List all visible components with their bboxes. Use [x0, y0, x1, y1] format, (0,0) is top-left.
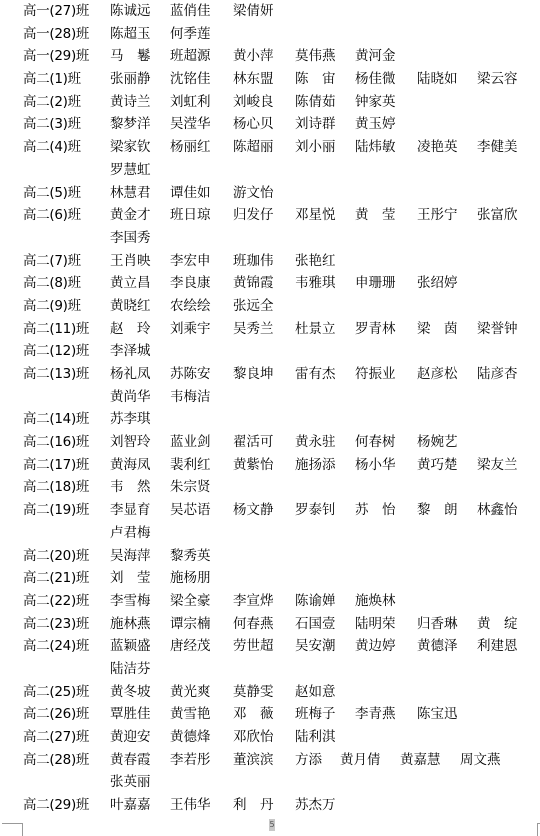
- student-name: 杨佳微: [355, 68, 396, 91]
- student-name: 张艳红: [295, 250, 336, 273]
- student-name: 刘乘宇: [170, 318, 211, 341]
- roster-row: 高二(28)班黄春霞李若彤董滨滨方添黄月倩黄嘉慧周文燕: [0, 749, 540, 772]
- roster-row: 高二(5)班林慧君谭佳如游文怡: [0, 182, 540, 205]
- student-name: 农绘绘: [170, 295, 211, 318]
- student-name: 陆利淇: [295, 726, 336, 749]
- student-name: 游文怡: [233, 182, 274, 205]
- student-name: 卢君梅: [110, 522, 151, 545]
- roster-row: 高二(11)班赵 玲刘乘宇吴秀兰杜景立罗青林梁 茵梁誉钟: [0, 318, 540, 341]
- student-name: 谭宗楠: [170, 613, 211, 636]
- student-name: 黄河金: [355, 45, 396, 68]
- student-name: 谭佳如: [170, 182, 211, 205]
- class-label: 高二(19)班: [23, 499, 89, 522]
- student-name: 梁全豪: [170, 590, 211, 613]
- roster-row: 高二(25)班黄冬坡黄光爽莫静雯赵如意: [0, 681, 540, 704]
- student-name: 蓝俏佳: [170, 0, 211, 23]
- student-name: 刘 莹: [110, 567, 151, 590]
- student-name: 黄紫怡: [233, 454, 274, 477]
- student-name: 张丽静: [110, 68, 151, 91]
- student-name: 黄嘉慧: [400, 749, 441, 772]
- student-name: 陈诚远: [110, 0, 151, 23]
- student-name: 蓝业剑: [170, 431, 211, 454]
- student-name: 杨礼凤: [110, 363, 151, 386]
- class-label: 高二(25)班: [23, 681, 89, 704]
- student-name: 黄光爽: [170, 681, 211, 704]
- student-name: 陆晓如: [417, 68, 458, 91]
- student-name: 符振业: [355, 363, 396, 386]
- roster-row: 高一(28)班陈超玉何季莲: [0, 23, 540, 46]
- student-name: 黄月倩: [340, 749, 381, 772]
- student-name: 钟家英: [355, 91, 396, 114]
- student-name: 张富欣: [477, 204, 518, 227]
- student-name: 覃胜佳: [110, 703, 151, 726]
- student-name: 黄春霞: [110, 749, 151, 772]
- student-name: 梁 茵: [417, 318, 458, 341]
- student-name: 方添: [295, 749, 322, 772]
- student-name: 韦雅琪: [295, 272, 336, 295]
- student-name: 黎秀英: [170, 545, 211, 568]
- student-name: 林鑫怡: [477, 499, 518, 522]
- student-name: 黄永驻: [295, 431, 336, 454]
- class-roster-list: 高一(27)班陈诚远蓝俏佳梁倩妍高一(28)班陈超玉何季莲高一(29)班马 鬈班…: [0, 0, 540, 817]
- student-name: 杨文静: [233, 499, 274, 522]
- student-name: 吴海萍: [110, 545, 151, 568]
- student-name: 林慧君: [110, 182, 151, 205]
- roster-row: 高二(7)班王肖映李宏申班珈伟张艳红: [0, 250, 540, 273]
- student-name: 梁誉钟: [477, 318, 518, 341]
- roster-row: 高二(1)班张丽静沈铭佳林东盟陈 宙杨佳微陆晓如梁云容: [0, 68, 540, 91]
- class-label: 高二(13)班: [23, 363, 89, 386]
- student-name: 陈谕婵: [295, 590, 336, 613]
- roster-row: 高二(27)班黄迎安黄德烽邓欣怡陆利淇: [0, 726, 540, 749]
- student-name: 李显育: [110, 499, 151, 522]
- roster-row: 高二(9)班黄晓红农绘绘张远全: [0, 295, 540, 318]
- class-label: 高二(11)班: [23, 318, 89, 341]
- student-name: 赵 玲: [110, 318, 151, 341]
- student-name: 韦 然: [110, 476, 151, 499]
- student-name: 李若彤: [170, 749, 211, 772]
- student-name: 林东盟: [233, 68, 274, 91]
- student-name: 施扬添: [295, 454, 336, 477]
- student-name: 张远全: [233, 295, 274, 318]
- roster-row: 高二(6)班黄金才班日琼归发仔邓星悦黄 莹王彤宁张富欣: [0, 204, 540, 227]
- student-name: 黄诗兰: [110, 91, 151, 114]
- student-name: 梁云容: [477, 68, 518, 91]
- student-name: 班日琼: [170, 204, 211, 227]
- class-label: 高一(27)班: [23, 0, 89, 23]
- student-name: 罗青林: [355, 318, 396, 341]
- roster-row: 卢君梅: [0, 522, 540, 545]
- student-name: 黄海凤: [110, 454, 151, 477]
- student-name: 黄金才: [110, 204, 151, 227]
- roster-row: 黄尚华韦梅洁: [0, 386, 540, 409]
- class-label: 高二(1)班: [23, 68, 81, 91]
- student-name: 李良康: [170, 272, 211, 295]
- student-name: 黎梦洋: [110, 113, 151, 136]
- roster-row: 高二(19)班李显育吴芯语杨文静罗泰钊苏 怡黎 朗林鑫怡: [0, 499, 540, 522]
- class-label: 高二(5)班: [23, 182, 81, 205]
- student-name: 黄立昌: [110, 272, 151, 295]
- page-number: 5: [269, 819, 275, 831]
- class-label: 高一(29)班: [23, 45, 89, 68]
- student-name: 何春燕: [233, 613, 274, 636]
- class-label: 高二(21)班: [23, 567, 89, 590]
- class-label: 高二(29)班: [23, 794, 89, 817]
- student-name: 韦梅洁: [170, 386, 211, 409]
- student-name: 班梅子: [295, 703, 336, 726]
- student-name: 李泽城: [110, 340, 151, 363]
- student-name: 马 鬈: [110, 45, 151, 68]
- student-name: 陈超丽: [233, 136, 274, 159]
- roster-row: 高二(13)班杨礼凤苏陈安黎良坤雷有杰符振业赵彦松陆彦杏: [0, 363, 540, 386]
- student-name: 施林燕: [110, 613, 151, 636]
- student-name: 梁家钦: [110, 136, 151, 159]
- student-name: 邓 薇: [233, 703, 274, 726]
- roster-row: 高二(21)班刘 莹施杨朋: [0, 567, 540, 590]
- student-name: 杜景立: [295, 318, 336, 341]
- student-name: 陈超玉: [110, 23, 151, 46]
- student-name: 申珊珊: [355, 272, 396, 295]
- student-name: 刘诗群: [295, 113, 336, 136]
- student-name: 刘虹利: [170, 91, 211, 114]
- student-name: 梁友兰: [477, 454, 518, 477]
- student-name: 蓝颖盛: [110, 635, 151, 658]
- student-name: 陆彦杏: [477, 363, 518, 386]
- student-name: 苏李琪: [110, 408, 151, 431]
- roster-row: 高二(12)班李泽城: [0, 340, 540, 363]
- student-name: 张绍婷: [417, 272, 458, 295]
- class-label: 高二(8)班: [23, 272, 81, 295]
- student-name: 梁倩妍: [233, 0, 274, 23]
- student-name: 杨婉艺: [417, 431, 458, 454]
- student-name: 董滨滨: [233, 749, 274, 772]
- student-name: 班珈伟: [233, 250, 274, 273]
- roster-row: 高二(18)班韦 然朱宗贤: [0, 476, 540, 499]
- roster-row: 罗慧虹: [0, 159, 540, 182]
- class-label: 高二(20)班: [23, 545, 89, 568]
- roster-row: 高二(24)班蓝颖盛唐经茂劳世超吴安潮黄边婷黄德泽利建恩: [0, 635, 540, 658]
- student-name: 黎良坤: [233, 363, 274, 386]
- student-name: 李国秀: [110, 227, 151, 250]
- student-name: 赵彦松: [417, 363, 458, 386]
- student-name: 吴滢华: [170, 113, 211, 136]
- student-name: 陆明荣: [355, 613, 396, 636]
- student-name: 何季莲: [170, 23, 211, 46]
- student-name: 莫伟燕: [295, 45, 336, 68]
- student-name: 张英丽: [110, 771, 151, 794]
- roster-row: 高二(2)班黄诗兰刘虹利刘峻良陈倩茹钟家英: [0, 91, 540, 114]
- student-name: 黄小萍: [233, 45, 274, 68]
- class-label: 高二(28)班: [23, 749, 89, 772]
- roster-row: 高二(14)班苏李琪: [0, 408, 540, 431]
- class-label: 高二(16)班: [23, 431, 89, 454]
- student-name: 裴利红: [170, 454, 211, 477]
- student-name: 王彤宁: [417, 204, 458, 227]
- class-label: 高二(7)班: [23, 250, 81, 273]
- student-name: 杨丽红: [170, 136, 211, 159]
- student-name: 刘峻良: [233, 91, 274, 114]
- student-name: 黄晓红: [110, 295, 151, 318]
- student-name: 刘智玲: [110, 431, 151, 454]
- roster-row: 高二(29)班叶嘉嘉王伟华利 丹苏杰万: [0, 794, 540, 817]
- student-name: 黄雪艳: [170, 703, 211, 726]
- student-name: 罗慧虹: [110, 159, 151, 182]
- student-name: 李雪梅: [110, 590, 151, 613]
- student-name: 沈铭佳: [170, 68, 211, 91]
- student-name: 吴秀兰: [233, 318, 274, 341]
- student-name: 利 丹: [233, 794, 274, 817]
- student-name: 黄锦霞: [233, 272, 274, 295]
- class-label: 高二(3)班: [23, 113, 81, 136]
- roster-row: 高二(4)班梁家钦杨丽红陈超丽刘小丽陆炜敏凌艳英李健美: [0, 136, 540, 159]
- student-name: 归香琳: [417, 613, 458, 636]
- student-name: 李宏申: [170, 250, 211, 273]
- class-label: 高二(17)班: [23, 454, 89, 477]
- student-name: 唐经茂: [170, 635, 211, 658]
- roster-row: 高一(29)班马 鬈班超源黄小萍莫伟燕黄河金: [0, 45, 540, 68]
- student-name: 黄德烽: [170, 726, 211, 749]
- roster-row: 李国秀: [0, 227, 540, 250]
- student-name: 莫静雯: [233, 681, 274, 704]
- student-name: 周文燕: [460, 749, 501, 772]
- student-name: 杨心贝: [233, 113, 274, 136]
- student-name: 石国壹: [295, 613, 336, 636]
- student-name: 翟活可: [233, 431, 274, 454]
- class-label: 高二(12)班: [23, 340, 89, 363]
- student-name: 施焕林: [355, 590, 396, 613]
- class-label: 高二(14)班: [23, 408, 89, 431]
- student-name: 黄边婷: [355, 635, 396, 658]
- roster-row: 高二(23)班施林燕谭宗楠何春燕石国壹陆明荣归香琳黄 绽: [0, 613, 540, 636]
- class-label: 高一(28)班: [23, 23, 89, 46]
- student-name: 归发仔: [233, 204, 274, 227]
- student-name: 王伟华: [170, 794, 211, 817]
- roster-row: 高二(20)班吴海萍黎秀英: [0, 545, 540, 568]
- student-name: 邓欣怡: [233, 726, 274, 749]
- student-name: 何春树: [355, 431, 396, 454]
- student-name: 凌艳英: [417, 136, 458, 159]
- student-name: 雷有杰: [295, 363, 336, 386]
- class-label: 高二(18)班: [23, 476, 89, 499]
- student-name: 黄 莹: [355, 204, 396, 227]
- student-name: 朱宗贤: [170, 476, 211, 499]
- student-name: 王肖映: [110, 250, 151, 273]
- roster-row: 陆洁芬: [0, 658, 540, 681]
- class-label: 高二(22)班: [23, 590, 89, 613]
- student-name: 班超源: [170, 45, 211, 68]
- student-name: 苏陈安: [170, 363, 211, 386]
- class-label: 高二(23)班: [23, 613, 89, 636]
- class-label: 高二(9)班: [23, 295, 81, 318]
- student-name: 陆洁芬: [110, 658, 151, 681]
- student-name: 邓星悦: [295, 204, 336, 227]
- student-name: 陈宝迅: [417, 703, 458, 726]
- student-name: 苏 怡: [355, 499, 396, 522]
- student-name: 施杨朋: [170, 567, 211, 590]
- student-name: 黄 绽: [477, 613, 518, 636]
- student-name: 刘小丽: [295, 136, 336, 159]
- roster-row: 高二(3)班黎梦洋吴滢华杨心贝刘诗群黄玉婷: [0, 113, 540, 136]
- student-name: 叶嘉嘉: [110, 794, 151, 817]
- student-name: 黄冬坡: [110, 681, 151, 704]
- student-name: 黄尚华: [110, 386, 151, 409]
- class-label: 高二(24)班: [23, 635, 89, 658]
- student-name: 陈倩茹: [295, 91, 336, 114]
- student-name: 劳世超: [233, 635, 274, 658]
- student-name: 利建恩: [477, 635, 518, 658]
- class-label: 高二(26)班: [23, 703, 89, 726]
- student-name: 杨小华: [355, 454, 396, 477]
- student-name: 陆炜敏: [355, 136, 396, 159]
- page-margin-corner-left: [2, 823, 23, 836]
- student-name: 陈 宙: [295, 68, 336, 91]
- student-name: 黄巧楚: [417, 454, 458, 477]
- student-name: 黎 朗: [417, 499, 458, 522]
- class-label: 高二(2)班: [23, 91, 81, 114]
- student-name: 罗泰钊: [295, 499, 336, 522]
- student-name: 吴芯语: [170, 499, 211, 522]
- class-label: 高二(27)班: [23, 726, 89, 749]
- roster-row: 高二(22)班李雪梅梁全豪李宣烨陈谕婵施焕林: [0, 590, 540, 613]
- class-label: 高二(4)班: [23, 136, 81, 159]
- student-name: 李健美: [477, 136, 518, 159]
- student-name: 黄迎安: [110, 726, 151, 749]
- roster-row: 高二(17)班黄海凤裴利红黄紫怡施扬添杨小华黄巧楚梁友兰: [0, 454, 540, 477]
- roster-row: 张英丽: [0, 771, 540, 794]
- roster-row: 高二(16)班刘智玲蓝业剑翟活可黄永驻何春树杨婉艺: [0, 431, 540, 454]
- student-name: 黄玉婷: [355, 113, 396, 136]
- student-name: 赵如意: [295, 681, 336, 704]
- class-label: 高二(6)班: [23, 204, 81, 227]
- student-name: 苏杰万: [295, 794, 336, 817]
- student-name: 李青燕: [355, 703, 396, 726]
- roster-row: 高一(27)班陈诚远蓝俏佳梁倩妍: [0, 0, 540, 23]
- student-name: 李宣烨: [233, 590, 274, 613]
- roster-row: 高二(8)班黄立昌李良康黄锦霞韦雅琪申珊珊张绍婷: [0, 272, 540, 295]
- student-name: 吴安潮: [295, 635, 336, 658]
- student-name: 黄德泽: [417, 635, 458, 658]
- roster-row: 高二(26)班覃胜佳黄雪艳邓 薇班梅子李青燕陈宝迅: [0, 703, 540, 726]
